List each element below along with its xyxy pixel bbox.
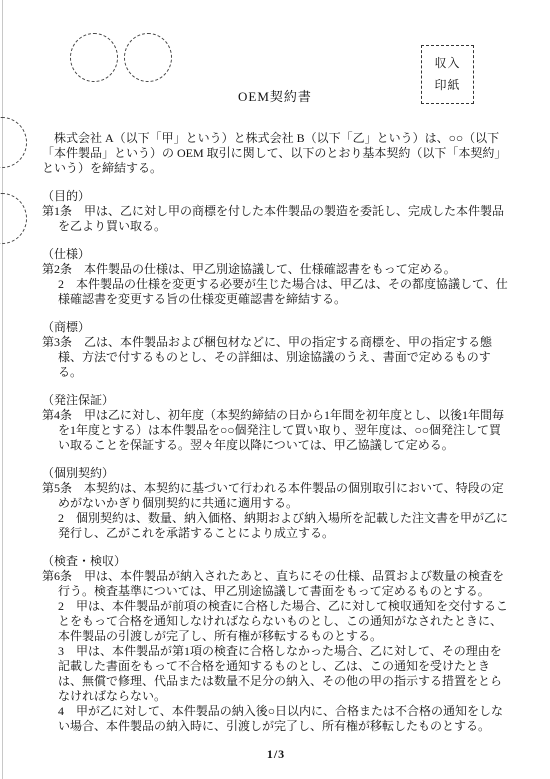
contract-section: （個別契約） 第5条 本契約は、本契約に基づいて行われる本件製品の個別取引におい… xyxy=(42,466,510,541)
page-number: 1/3 xyxy=(42,747,510,762)
sub-paragraph: 3 甲は、本件製品が第1項の検査に合格しなかった場合、乙に対して、その理由を記載… xyxy=(42,644,510,704)
sub-paragraph: 2 甲は、本件製品が前項の検査に合格した場合、乙に対して検収通知を交付することを… xyxy=(42,599,510,644)
section-heading: （目的） xyxy=(42,189,510,204)
contract-section: （発注保証） 第4条 甲は乙に対し、初年度（本契約締結の日から1年間を初年度とし… xyxy=(42,393,510,453)
sub-paragraph: 2 本件製品の仕様を変更する必要が生じた場合は、甲乙は、その都度協議して、仕様確… xyxy=(42,277,510,307)
section-paragraphs: 第6条 甲は、本件製品が納入されたあと、直ちにその仕様、品質および数量の検査を行… xyxy=(42,569,510,734)
article-paragraph: 第4条 甲は乙に対し、初年度（本契約締結の日から1年間を初年度とし、以後1年間毎… xyxy=(42,408,510,453)
sub-paragraph: 2 個別契約は、数量、納入価格、納期および納入場所を記載した注文書を甲が乙に発行… xyxy=(42,511,510,541)
section-heading: （発注保証） xyxy=(42,393,510,408)
punch-hole-2 xyxy=(0,193,27,244)
contract-section: （検査・検収） 第6条 甲は、本件製品が納入されたあと、直ちにその仕様、品質およ… xyxy=(42,554,510,734)
contract-page: 収入 印紙 OEM契約書 株式会社 A（以下「甲」という）と株式会社 B（以下「… xyxy=(0,0,550,779)
article-paragraph: 第3条 乙は、本件製品および梱包材などに、甲の指定する商標を、甲の指定する態様、… xyxy=(42,335,510,380)
section-paragraphs: 第3条 乙は、本件製品および梱包材などに、甲の指定する商標を、甲の指定する態様、… xyxy=(42,335,510,380)
section-heading: （個別契約） xyxy=(42,466,510,481)
article-paragraph: 第5条 本契約は、本契約に基づいて行われる本件製品の個別取引において、特段の定め… xyxy=(42,481,510,511)
article-paragraph: 第2条 本件製品の仕様は、甲乙別途協議して、仕様確認書をもって定める。 xyxy=(42,262,510,277)
section-heading: （商標） xyxy=(42,320,510,335)
section-paragraphs: 第5条 本契約は、本契約に基づいて行われる本件製品の個別取引において、特段の定め… xyxy=(42,481,510,541)
punch-hole-1 xyxy=(0,117,27,168)
document-body: 株式会社 A（以下「甲」という）と株式会社 B（以下「乙」という）は、○○（以下… xyxy=(42,131,510,762)
contract-section: （目的） 第1条 甲は、乙に対し甲の商標を付した本件製品の製造を委託し、完成した… xyxy=(42,189,510,234)
seal-placeholder-circle-2 xyxy=(124,33,172,82)
section-paragraphs: 第4条 甲は乙に対し、初年度（本契約締結の日から1年間を初年度とし、以後1年間毎… xyxy=(42,408,510,453)
contract-section: （仕様） 第2条 本件製品の仕様は、甲乙別途協議して、仕様確認書をもって定める。… xyxy=(42,247,510,307)
sub-paragraph: 4 甲が乙に対して、本件製品の納入後○日以内に、合格または不合格の通知をしない場… xyxy=(42,704,510,734)
section-paragraphs: 第2条 本件製品の仕様は、甲乙別途協議して、仕様確認書をもって定める。2 本件製… xyxy=(42,262,510,307)
article-paragraph: 第1条 甲は、乙に対し甲の商標を付した本件製品の製造を委託し、完成した本件製品を… xyxy=(42,204,510,234)
section-paragraphs: 第1条 甲は、乙に対し甲の商標を付した本件製品の製造を委託し、完成した本件製品を… xyxy=(42,204,510,234)
revenue-stamp-line1: 収入 xyxy=(434,56,460,71)
section-heading: （検査・検収） xyxy=(42,554,510,569)
article-paragraph: 第6条 甲は、本件製品が納入されたあと、直ちにその仕様、品質および数量の検査を行… xyxy=(42,569,510,599)
section-heading: （仕様） xyxy=(42,247,510,262)
sections: （目的） 第1条 甲は、乙に対し甲の商標を付した本件製品の製造を委託し、完成した… xyxy=(42,189,510,734)
seal-placeholder-circle-1 xyxy=(70,33,118,82)
intro-paragraph: 株式会社 A（以下「甲」という）と株式会社 B（以下「乙」という）は、○○（以下… xyxy=(42,131,510,176)
document-title: OEM契約書 xyxy=(0,89,550,104)
contract-section: （商標） 第3条 乙は、本件製品および梱包材などに、甲の指定する商標を、甲の指定… xyxy=(42,320,510,380)
